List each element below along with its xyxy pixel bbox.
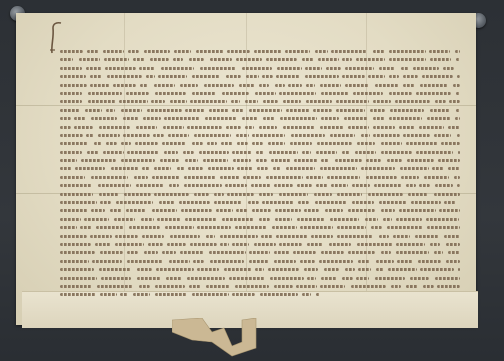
text-line [60, 47, 468, 55]
text-line [60, 64, 468, 72]
handwritten-text-block [60, 47, 468, 299]
text-line [60, 274, 468, 282]
text-line [60, 72, 468, 80]
text-line [60, 265, 468, 273]
text-line [60, 139, 468, 147]
photo-scene: A folded parchment document with dense G… [0, 0, 504, 361]
text-line [60, 156, 468, 164]
text-line [60, 198, 468, 206]
text-line [60, 81, 468, 89]
text-line [60, 290, 468, 298]
text-line [60, 190, 468, 198]
text-line [60, 55, 468, 63]
text-line [60, 131, 468, 139]
text-line [60, 215, 468, 223]
text-line [60, 248, 468, 256]
text-line [60, 89, 468, 97]
text-line [60, 240, 468, 248]
text-line [60, 114, 468, 122]
text-line [60, 181, 468, 189]
text-line [60, 232, 468, 240]
text-line [60, 206, 468, 214]
seal-tag [172, 318, 264, 358]
text-line [60, 123, 468, 131]
text-line [60, 257, 468, 265]
text-line [60, 97, 468, 105]
text-line [60, 223, 468, 231]
text-line [60, 106, 468, 114]
text-line [60, 164, 468, 172]
text-line [60, 148, 468, 156]
text-line [60, 282, 468, 290]
text-line [60, 173, 468, 181]
